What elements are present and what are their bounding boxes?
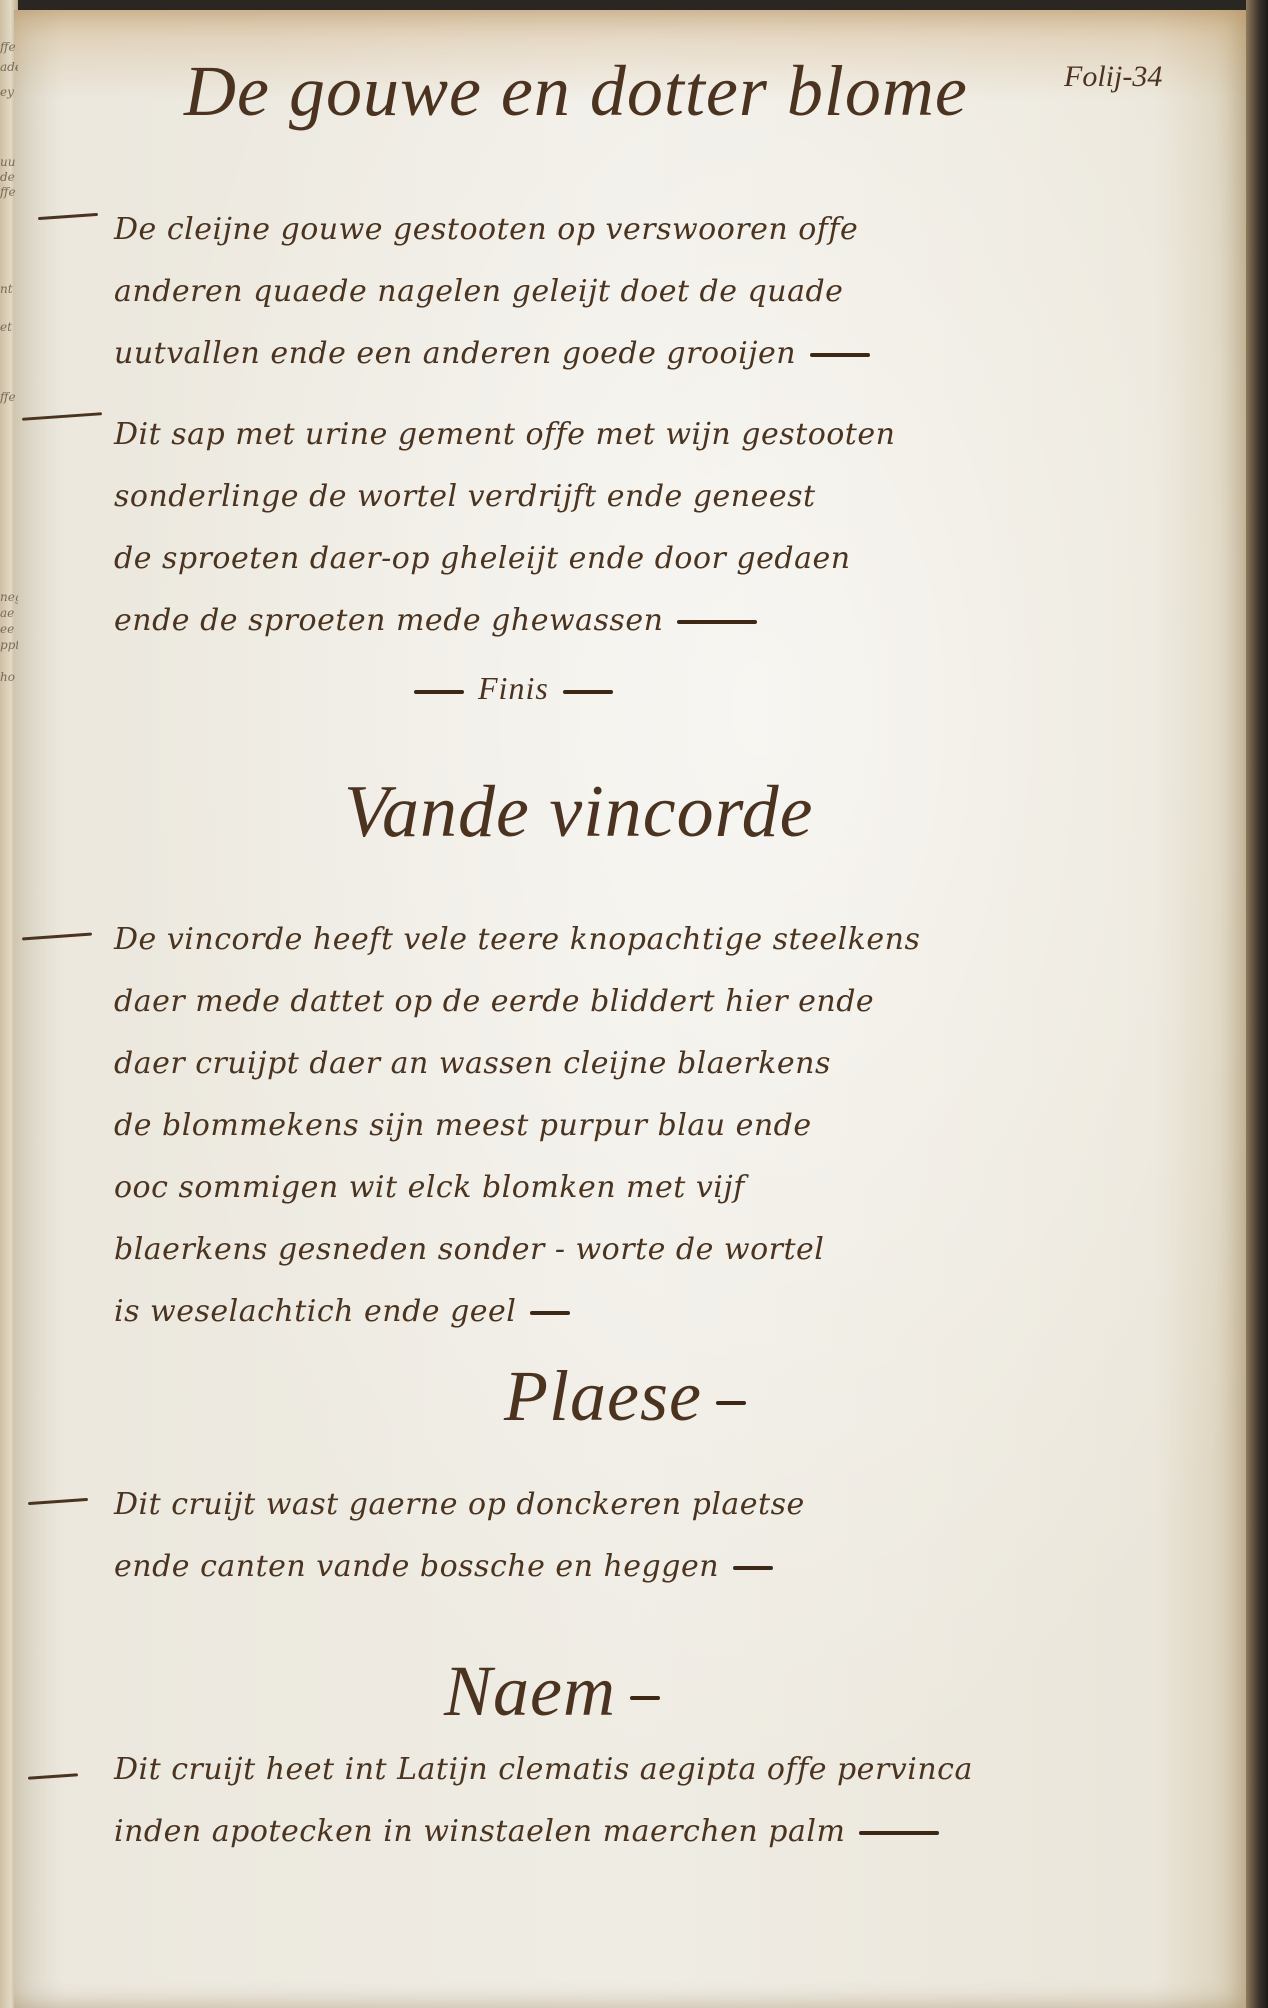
fragment: nt bbox=[0, 282, 18, 296]
fragment: ffe bbox=[0, 390, 18, 404]
text-line: daer cruijpt daer an wassen cleijne blae… bbox=[84, 1049, 1214, 1111]
heading-dash bbox=[630, 1696, 660, 1700]
fragment: ffe bbox=[0, 185, 18, 199]
text-line-content: uutvallen ende een anderen goede grooije… bbox=[114, 336, 796, 371]
adjacent-page-fragments: ffe ade ey uu de ffe nt et ffe neg ae ee… bbox=[0, 0, 18, 2008]
manuscript-spread: De gouwe en dotter blome Folij-34 De cle… bbox=[0, 0, 1268, 2008]
line-end-dash bbox=[859, 1831, 939, 1835]
text-line: De cleijne gouwe gestooten op verswooren… bbox=[84, 215, 1214, 277]
fragment: ee bbox=[0, 622, 18, 636]
paragraph-mark bbox=[28, 1498, 88, 1505]
text-line: uutvallen ende een anderen goede grooije… bbox=[84, 339, 1214, 401]
section-heading-naem: Naem bbox=[444, 1650, 660, 1733]
text-line: is weselachtich ende geel bbox=[84, 1297, 1214, 1359]
section-heading-plaese: Plaese bbox=[504, 1355, 746, 1438]
naem-title: Naem bbox=[444, 1651, 616, 1731]
fragment: ey bbox=[0, 85, 18, 99]
fragment: et bbox=[0, 320, 18, 334]
line-end-dash bbox=[810, 353, 870, 357]
paragraph-naem: Dit cruijt heet int Latijn clematis aegi… bbox=[84, 1755, 1214, 1879]
text-line-content: inden apotecken in winstaelen maerchen p… bbox=[114, 1814, 845, 1849]
text-line: ooc sommigen wit elck blomken met vijf bbox=[84, 1173, 1214, 1235]
fragment: neg bbox=[0, 590, 18, 604]
text-line-content: is weselachtich ende geel bbox=[114, 1294, 516, 1329]
fragment: ade bbox=[0, 60, 18, 74]
text-line: De vincorde heeft vele teere knopachtige… bbox=[84, 925, 1214, 987]
fragment: ffe bbox=[0, 40, 18, 54]
section-heading-vincorde: Vande vincorde bbox=[344, 770, 814, 855]
fragment: de bbox=[0, 170, 18, 184]
line-end-dash bbox=[733, 1566, 773, 1570]
text-line: sonderlinge de wortel verdrijft ende gen… bbox=[84, 482, 1214, 544]
finis-label: Finis bbox=[478, 670, 549, 706]
text-line-content: ende canten vande bossche en heggen bbox=[114, 1549, 719, 1584]
plaese-title: Plaese bbox=[504, 1356, 702, 1436]
fragment: ae bbox=[0, 606, 18, 620]
text-line: anderen quaede nagelen geleijt doet de q… bbox=[84, 277, 1214, 339]
text-line-content: ende de sproeten mede ghewassen bbox=[114, 603, 663, 638]
text-line: blaerkens gesneden sonder - worte de wor… bbox=[84, 1235, 1214, 1297]
paragraph-plaese: Dit cruijt wast gaerne op donckeren plae… bbox=[84, 1490, 1214, 1614]
text-line: daer mede dattet op de eerde bliddert hi… bbox=[84, 987, 1214, 1049]
folio-number: Folij-34 bbox=[1064, 60, 1162, 94]
fragment: uu bbox=[0, 155, 18, 169]
paragraph-mark bbox=[28, 1773, 78, 1779]
manuscript-page: De gouwe en dotter blome Folij-34 De cle… bbox=[14, 10, 1254, 2008]
line-end-dash bbox=[530, 1311, 570, 1315]
fragment: ho bbox=[0, 670, 18, 684]
fragment: ppt bbox=[0, 638, 18, 652]
paragraph-vincorde: De vincorde heeft vele teere knopachtige… bbox=[84, 925, 1214, 1359]
binding-edge-shadow bbox=[1246, 0, 1268, 2008]
paragraph-2: Dit sap met urine gement offe met wijn g… bbox=[84, 420, 1214, 668]
dash-left bbox=[414, 690, 464, 694]
text-line: ende de sproeten mede ghewassen bbox=[84, 606, 1214, 668]
text-line: de sproeten daer-op gheleijt ende door g… bbox=[84, 544, 1214, 606]
line-end-dash bbox=[677, 620, 757, 624]
text-line: ende canten vande bossche en heggen bbox=[84, 1552, 1214, 1614]
paragraph-1: De cleijne gouwe gestooten op verswooren… bbox=[84, 215, 1214, 401]
text-line: inden apotecken in winstaelen maerchen p… bbox=[84, 1817, 1214, 1879]
text-line: Dit cruijt heet int Latijn clematis aegi… bbox=[84, 1755, 1214, 1817]
text-line: Dit cruijt wast gaerne op donckeren plae… bbox=[84, 1490, 1214, 1552]
dash-right bbox=[563, 690, 613, 694]
heading-dash bbox=[716, 1401, 746, 1405]
finis-mark: Finis bbox=[414, 670, 613, 707]
paragraph-mark bbox=[22, 933, 92, 941]
text-line: de blommekens sijn meest purpur blau end… bbox=[84, 1111, 1214, 1173]
text-line: Dit sap met urine gement offe met wijn g… bbox=[84, 420, 1214, 482]
page-title: De gouwe en dotter blome bbox=[184, 50, 968, 133]
